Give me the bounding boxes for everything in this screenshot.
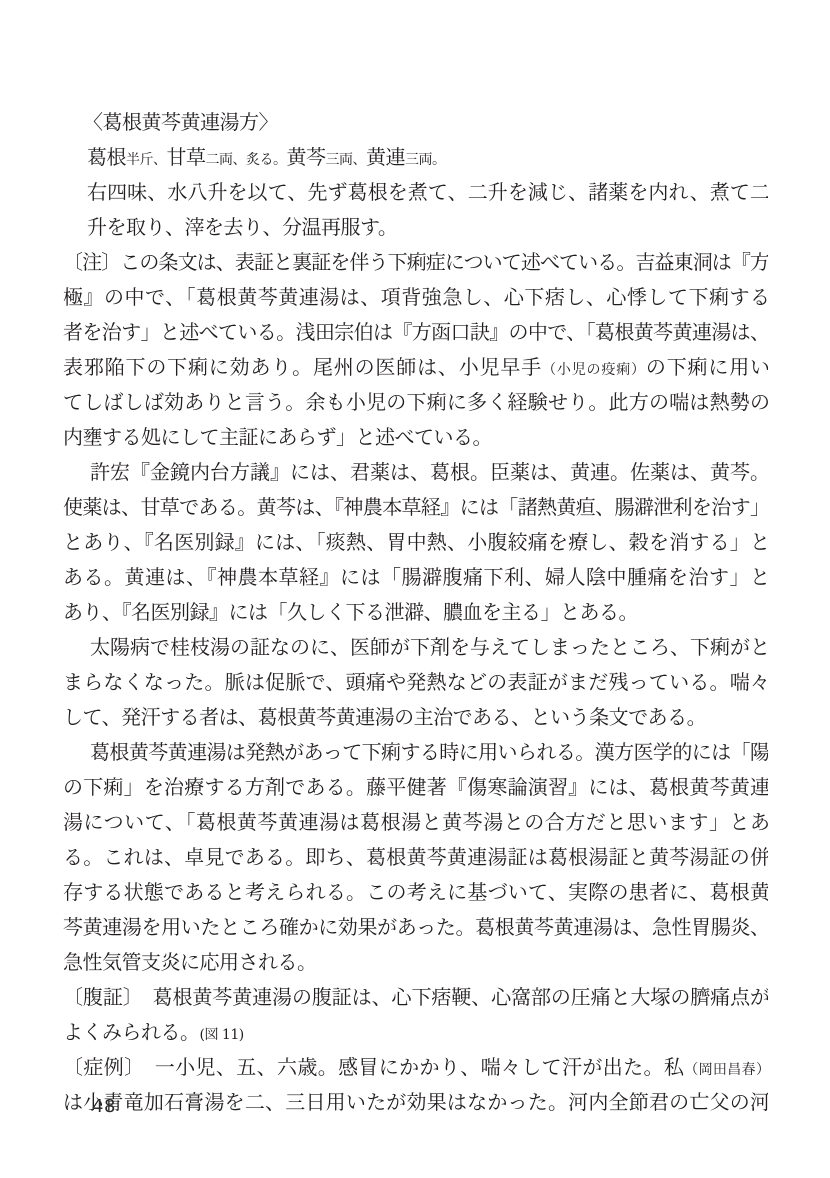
text-segment-small: 二両、炙る。 <box>206 152 287 168</box>
note-paragraph: の下痢」を治療する方剤である。藤平健著『傷寒論演習』には、葛根黄芩黄連 <box>63 770 768 805</box>
text-segment: 升を取り、滓を去り、分温再服す。 <box>87 215 397 239</box>
note-paragraph: 急性気管支炎に応用される。 <box>63 945 768 980</box>
text-segment: とあり、『名医別録』には、「痰熱、胃中熱、小腹絞痛を療し、穀を消する」と <box>63 530 768 554</box>
text-segment: 許宏『金鏡内台方議』には、君薬は、葛根。臣薬は、黄連。佐薬は、黄芩。 <box>90 460 768 484</box>
text-segment: 使薬は、甘草である。黄芩は、『神農本草経』には「諸熱黄疸、腸澼泄利を治す」 <box>63 495 768 519</box>
note-paragraph: 者を治す」と述べている。浅田宗伯は『方函口訣』の中で、「葛根黄芩黄連湯は、 <box>63 315 768 350</box>
formula-ingredients: 葛根半斤、甘草二両、炙る。黄芩三両、黄連三両。 <box>63 140 768 175</box>
note-paragraph: 太陽病で桂枝湯の証なのに、医師が下剤を与えてしまったところ、下痢がと <box>63 630 768 665</box>
text-segment: まらなくなった。脈は促脈で、頭痛や発熱などの表証がまだ残っている。喘々 <box>63 670 768 694</box>
text-segment: は小青竜加石膏湯を二、三日用いたが効果はなかった。河内全節君の亡父の河 <box>63 1090 768 1114</box>
formula-instructions: 右四味、水八升を以て、先ず葛根を煮て、二升を減じ、諸薬を内れ、煮て二 <box>63 175 768 210</box>
text-segment: 黄芩 <box>287 145 326 169</box>
text-segment: 〔腹証〕 葛根黄芩黄連湯の腹証は、心下痞鞕、心窩部の圧痛と大塚の臍痛点が <box>63 985 768 1009</box>
text-segment: 葛根黄芩黄連湯は発熱があって下痢する時に用いられる。漢方医学的には「陽 <box>90 740 768 764</box>
text-segment: あり、『名医別録』には「久しく下る泄澼、膿血を主る」とある。 <box>63 600 638 624</box>
text-segment: よくみられる。 <box>63 1020 200 1044</box>
note-paragraph: 極』の中で、「葛根黄芩黄連湯は、項背強急し、心下痞し、心悸して下痢する <box>63 280 768 315</box>
text-segment: 急性気管支炎に応用される。 <box>63 950 317 974</box>
text-segment-small: 半斤、 <box>126 152 167 168</box>
document-page: 〈葛根黄芩黄連湯方〉葛根半斤、甘草二両、炙る。黄芩三両、黄連三両。右四味、水八升… <box>0 0 830 1178</box>
text-segment: の下痢に用い <box>646 355 768 379</box>
formula-heading: 〈葛根黄芩黄連湯方〉 <box>63 105 768 140</box>
note-paragraph: ある。黄連は、『神農本草経』には「腸澼腹痛下利、婦人陰中腫痛を治す」と <box>63 560 768 595</box>
note-paragraph: 許宏『金鏡内台方議』には、君薬は、葛根。臣薬は、黄連。佐薬は、黄芩。 <box>63 455 768 490</box>
text-segment: 極』の中で、「葛根黄芩黄連湯は、項背強急し、心下痞し、心悸して下痢する <box>63 285 768 309</box>
note-paragraph: 内壅する処にして主証にあらず」と述べている。 <box>63 420 768 455</box>
note-paragraph: 存する状態であると考えられる。この考えに基づいて、実際の患者に、葛根黄 <box>63 875 768 910</box>
shorei-paragraph: 〔症例〕 一小児、五、六歳。感冒にかかり、喘々して汗が出た。私（岡田昌春） <box>63 1050 768 1085</box>
note-paragraph: 葛根黄芩黄連湯は発熱があって下痢する時に用いられる。漢方医学的には「陽 <box>63 735 768 770</box>
note-paragraph: 芩黄連湯を用いたところ確かに効果があった。葛根黄芩黄連湯は、急性胃腸炎、 <box>63 910 768 945</box>
text-segment: 存する状態であると考えられる。この考えに基づいて、実際の患者に、葛根黄 <box>63 880 768 904</box>
text-area: 〈葛根黄芩黄連湯方〉葛根半斤、甘草二両、炙る。黄芩三両、黄連三両。右四味、水八升… <box>63 105 768 1120</box>
note-paragraph: とあり、『名医別録』には、「痰熱、胃中熱、小腹絞痛を療し、穀を消する」と <box>63 525 768 560</box>
text-segment: 表邪陥下の下痢に効あり。尾州の医師は、小児早手 <box>63 355 542 379</box>
note-paragraph: 〔注〕この条文は、表証と裏証を伴う下痢症について述べている。吉益東洞は『方 <box>63 245 768 280</box>
note-paragraph: して、発汗する者は、葛根黄芩黄連湯の主治である、という条文である。 <box>63 700 768 735</box>
text-segment: る。これは、卓見である。即ち、葛根黄芩黄連湯証は葛根湯証と黄芩湯証の併 <box>63 845 768 869</box>
note-paragraph: まらなくなった。脈は促脈で、頭痛や発熱などの表証がまだ残っている。喘々 <box>63 665 768 700</box>
text-segment-small: （小児の疫痢） <box>542 362 646 378</box>
text-segment: 湯について、「葛根黄芩黄連湯は葛根湯と黄芩湯との合方だと思います」とあ <box>63 810 768 834</box>
fukusho-paragraph: よくみられる。(図 11) <box>63 1015 768 1050</box>
text-segment: 芩黄連湯を用いたところ確かに効果があった。葛根黄芩黄連湯は、急性胃腸炎、 <box>63 915 768 939</box>
shorei-paragraph: は小青竜加石膏湯を二、三日用いたが効果はなかった。河内全節君の亡父の河 <box>63 1085 768 1120</box>
text-segment: 甘草 <box>167 145 206 169</box>
note-paragraph: 表邪陥下の下痢に効あり。尾州の医師は、小児早手（小児の疫痢）の下痢に用い <box>63 350 768 385</box>
text-segment: てしばしば効ありと言う。余も小児の下痢に多く経験せり。此方の喘は熱勢の <box>63 390 768 414</box>
text-segment: 〔注〕この条文は、表証と裏証を伴う下痢症について述べている。吉益東洞は『方 <box>63 250 768 274</box>
text-segment: 葛根 <box>87 145 126 169</box>
text-segment: 内壅する処にして主証にあらず」と述べている。 <box>63 425 492 449</box>
text-segment: 黄連 <box>366 145 405 169</box>
fukusho-paragraph: 〔腹証〕 葛根黄芩黄連湯の腹証は、心下痞鞕、心窩部の圧痛と大塚の臍痛点が <box>63 980 768 1015</box>
text-segment: 太陽病で桂枝湯の証なのに、医師が下剤を与えてしまったところ、下痢がと <box>90 635 768 659</box>
note-paragraph: 湯について、「葛根黄芩黄連湯は葛根湯と黄芩湯との合方だと思います」とあ <box>63 805 768 840</box>
note-paragraph: る。これは、卓見である。即ち、葛根黄芩黄連湯証は葛根湯証と黄芩湯証の併 <box>63 840 768 875</box>
text-segment-small: （岡田昌春） <box>684 1062 768 1078</box>
text-segment: ある。黄連は、『神農本草経』には「腸澼腹痛下利、婦人陰中腫痛を治す」と <box>63 565 768 589</box>
text-segment-small: 三両。 <box>405 152 446 168</box>
text-segment: 〔症例〕 一小児、五、六歳。感冒にかかり、喘々して汗が出た。私 <box>63 1055 684 1079</box>
text-segment-small: (図 11) <box>200 1027 244 1043</box>
text-segment: 〈葛根黄芩黄連湯方〉 <box>83 110 278 134</box>
note-paragraph: あり、『名医別録』には「久しく下る泄澼、膿血を主る」とある。 <box>63 595 768 630</box>
formula-instructions: 升を取り、滓を去り、分温再服す。 <box>63 210 768 245</box>
text-segment: して、発汗する者は、葛根黄芩黄連湯の主治である、という条文である。 <box>63 705 706 729</box>
note-paragraph: 使薬は、甘草である。黄芩は、『神農本草経』には「諸熱黄疸、腸澼泄利を治す」 <box>63 490 768 525</box>
text-segment-small: 三両、 <box>326 152 367 168</box>
page-number: 48 <box>92 1096 116 1117</box>
note-paragraph: てしばしば効ありと言う。余も小児の下痢に多く経験せり。此方の喘は熱勢の <box>63 385 768 420</box>
text-segment: 右四味、水八升を以て、先ず葛根を煮て、二升を減じ、諸薬を内れ、煮て二 <box>87 180 768 204</box>
text-segment: の下痢」を治療する方剤である。藤平健著『傷寒論演習』には、葛根黄芩黄連 <box>63 775 768 799</box>
text-segment: 者を治す」と述べている。浅田宗伯は『方函口訣』の中で、「葛根黄芩黄連湯は、 <box>63 320 768 344</box>
